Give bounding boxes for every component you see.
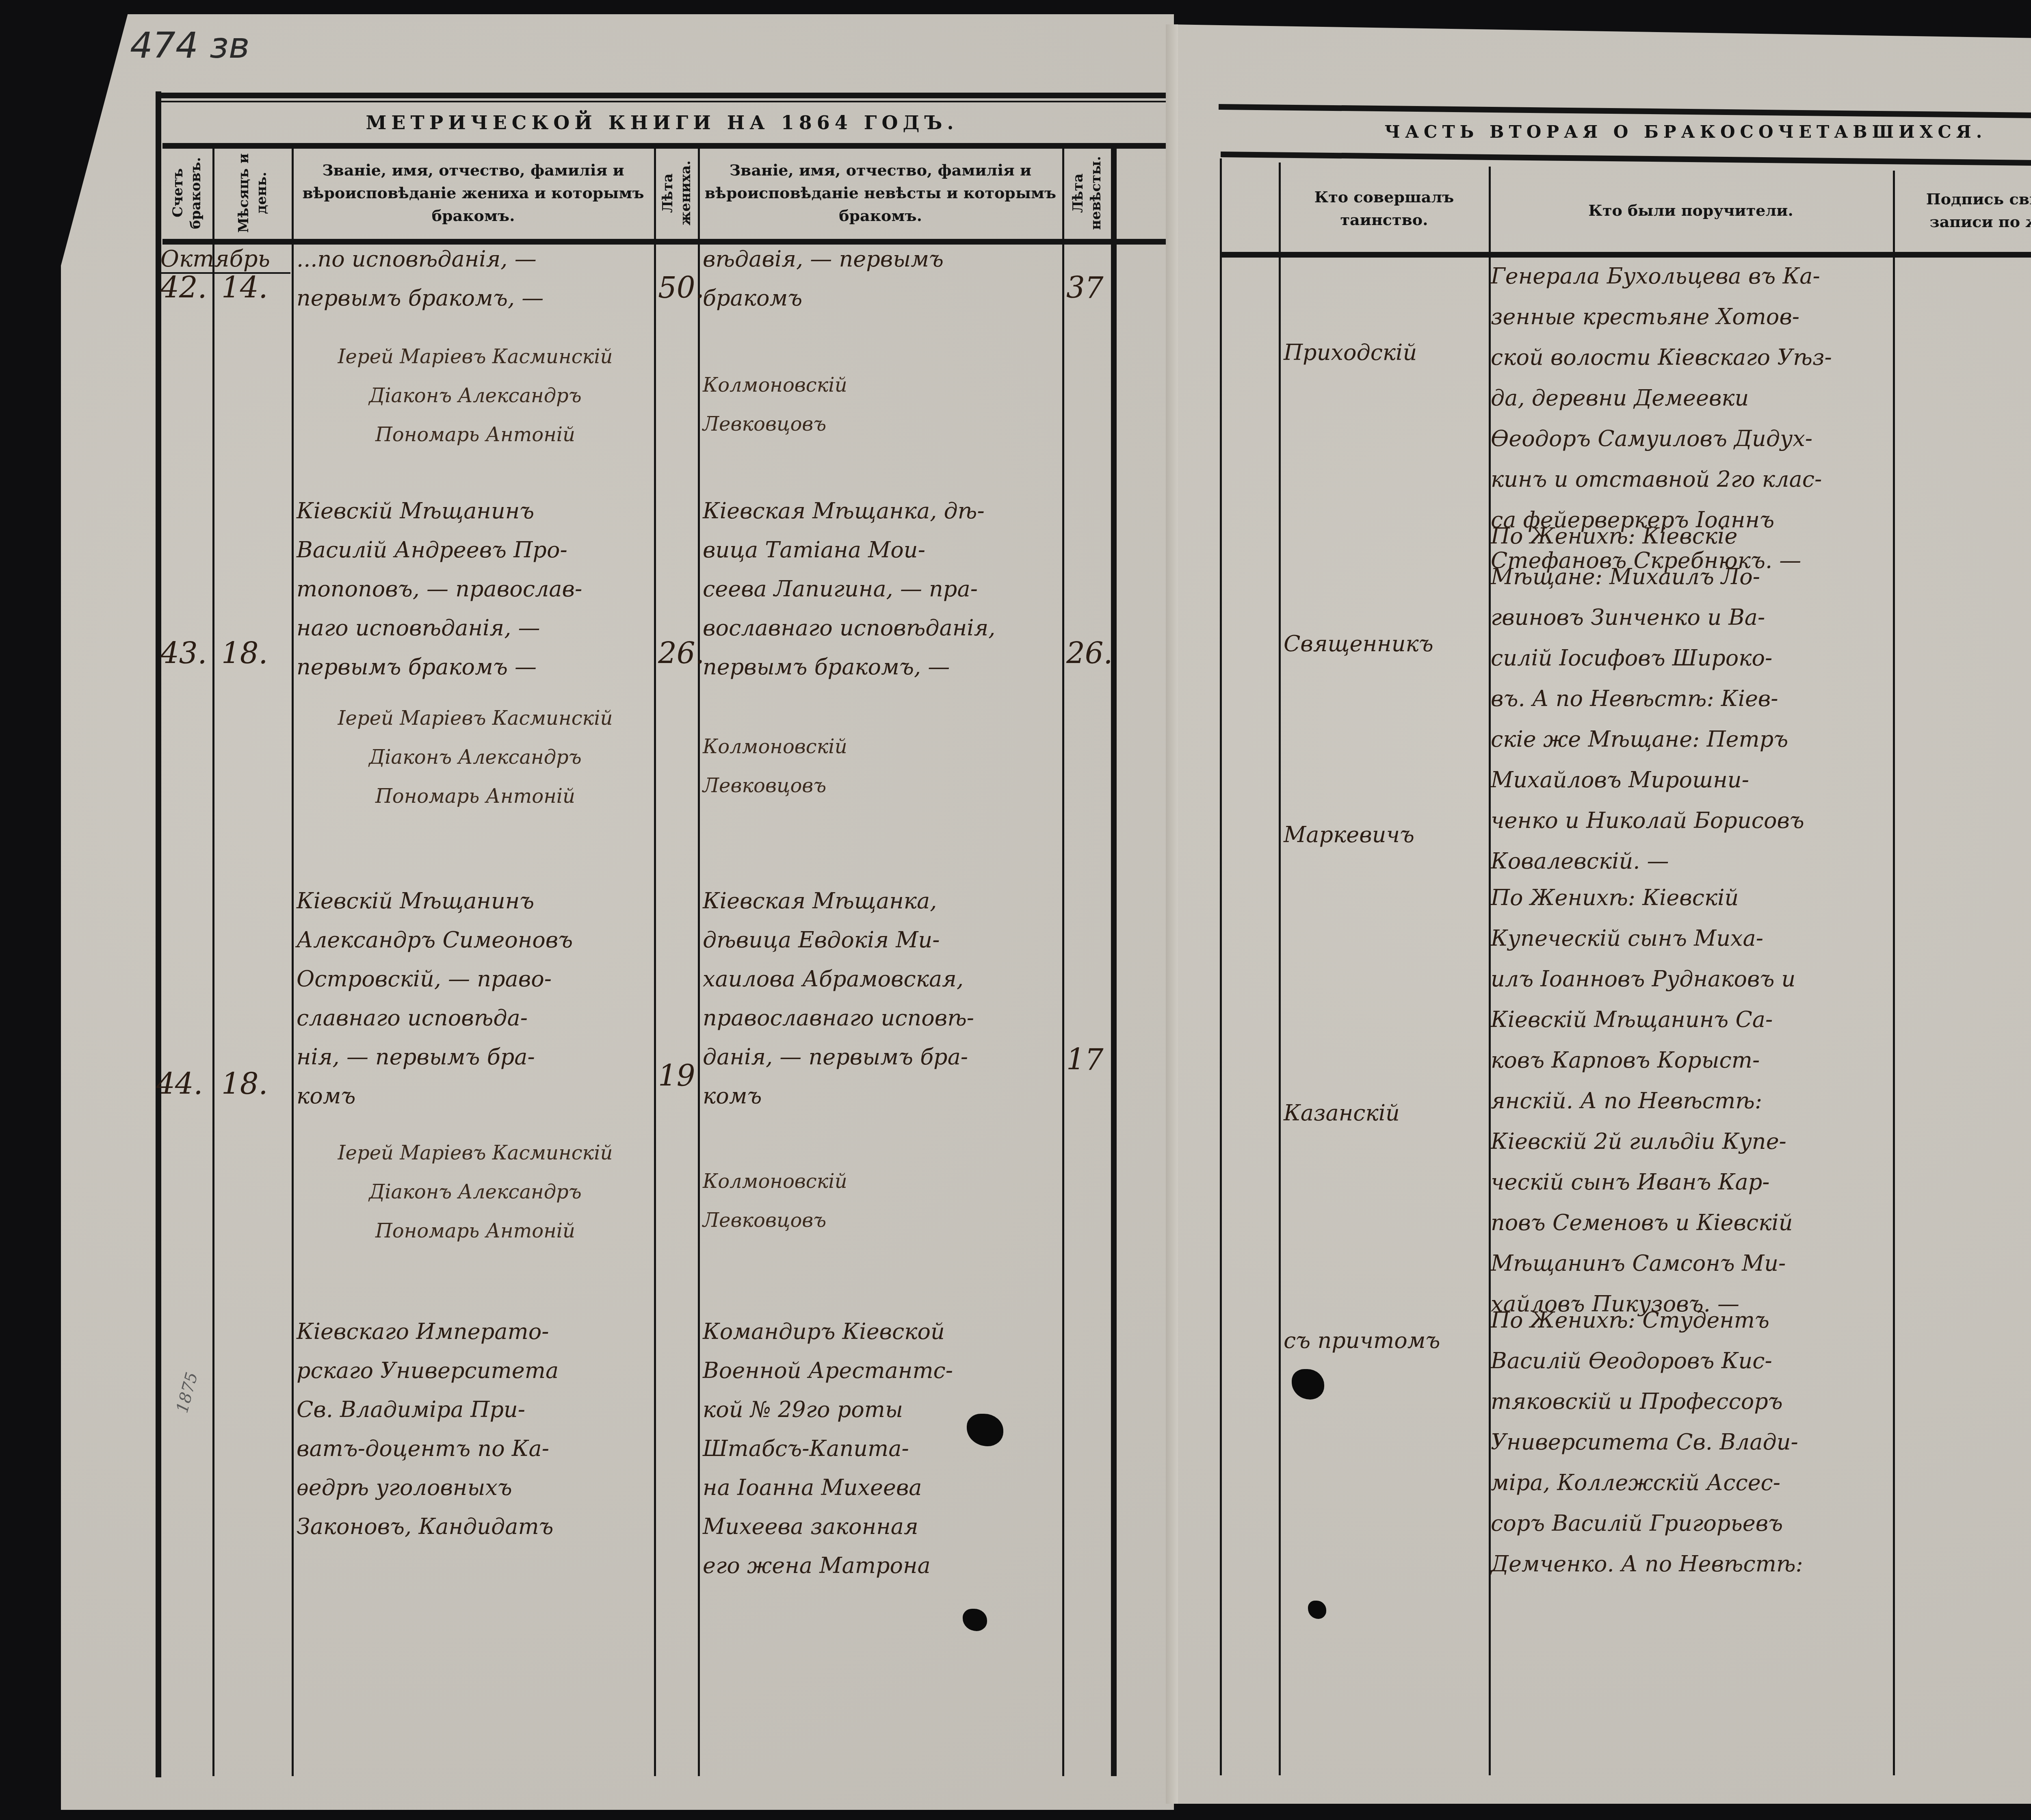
clergy-signatures: Iерей Марiевъ Касминскiй Дiаконъ Алексан… [297,699,654,816]
col-divider [1062,143,1064,1776]
left-right-border [1111,143,1117,1776]
right-page-title: ЧАСТЬ ВТОРАЯ О БРАКОСОЧЕТАВШИХСЯ. [1219,122,2031,142]
col-divider [1893,171,1895,1775]
entry-bride-age: 37 [1066,268,1104,307]
clergy-signatures-cont: Колмоновскій Левковцовъ [703,1162,1060,1240]
officiant: Священникъ Маркевичъ [1284,548,1487,930]
header-number: Счетъ браковъ. [162,150,211,236]
entry-groom-age: 26. [658,634,705,673]
header-officiant: Кто совершалъ таинство. [1282,167,1487,250]
entry-groom-age: 19 [658,1056,695,1095]
entry-groom: Кіевскій Мѣщанинъ Александръ Симеоновъ О… [297,882,654,1116]
entry-day: 14. [221,268,268,307]
sponsors: По Женихѣ: Кіевскій Купеческій сынъ Миха… [1491,877,1893,1324]
left-page-title: МЕТРИЧЕСКОЙ КНИГИ НА 1864 ГОДЪ. [158,112,1166,134]
sponsors: По Женихѣ: Студентъ Василій Ѳеодоровъ Ки… [1491,1300,1893,1584]
sponsors: По Женихѣ: Кіевскіе Мѣщане: Михаилъ Ло- … [1491,516,1893,882]
entry-bride: Кіевская Мѣщанка, дѣвица Евдокія Ми- хаи… [703,882,1060,1116]
entry-groom: Кіевскій Мѣщанинъ Василій Андреевъ Про- … [297,492,654,687]
right-left-border [1220,158,1222,1775]
col-divider [698,143,700,1776]
clergy-signatures: Iерей Марiевъ Касминскiй Дiаконъ Алексан… [297,1133,654,1250]
col-divider [1279,162,1281,1775]
left-border [156,91,161,1777]
entry-bride: Командиръ Кіевской Военной Арестантс- ко… [703,1312,1060,1585]
header-bride-age: Лѣта невѣсты. [1064,150,1110,236]
left-title-rule-top-thin [158,101,1166,102]
entry-bride: вѣдавія, — первымъ бракомъ [703,240,1060,318]
entry-groom: ...по исповѣданія, — первымъ бракомъ, — [297,240,654,318]
header-groom-age: Лѣта жениха. [656,150,697,236]
entry-groom-age: 50. [658,268,705,307]
entry-day: 18. [221,1064,268,1103]
entry-day: 18. [221,634,268,673]
clergy-signatures-cont: Колмоновскій Левковцовъ [703,366,1060,444]
entry-number: 42. [160,268,207,307]
clergy-signatures-cont: Колмоновскій Левковцовъ [703,727,1060,805]
header-date: Мѣсяцъ и день. [214,150,291,236]
entry-groom: Кіевскаго Императо- рскаго Университета … [297,1312,654,1546]
entry-number: 44. [156,1064,203,1103]
header-witness-signature: Подпись свидѣтелей записи по желанію. [1895,171,2031,250]
col-divider [654,143,656,1776]
left-title-rule-top [158,93,1166,98]
left-page-number: 474 зв [130,24,250,66]
entry-bride-age: 26. [1066,634,1113,673]
officiant: Приходскій [1284,333,1487,372]
header-sponsors: Кто были поручители. [1491,171,1891,250]
book-gutter [1166,24,1178,1804]
entry-bride: Кіевская Мѣщанка, дѣ- вица Татіана Мои- … [703,492,1060,687]
col-divider [292,143,294,1776]
header-bride: Званіе, имя, отчество, фамилія и вѣроисп… [701,150,1060,236]
clergy-signatures: Iерей Марiевъ Касминскiй Дiаконъ Алексан… [297,337,654,454]
header-groom: Званіе, имя, отчество, фамилія и вѣроисп… [294,150,652,236]
entry-number: 43. [160,634,207,673]
entry-bride-age: 17 [1066,1040,1104,1079]
left-header-rule-top [162,143,1166,149]
col-divider [212,143,214,1776]
